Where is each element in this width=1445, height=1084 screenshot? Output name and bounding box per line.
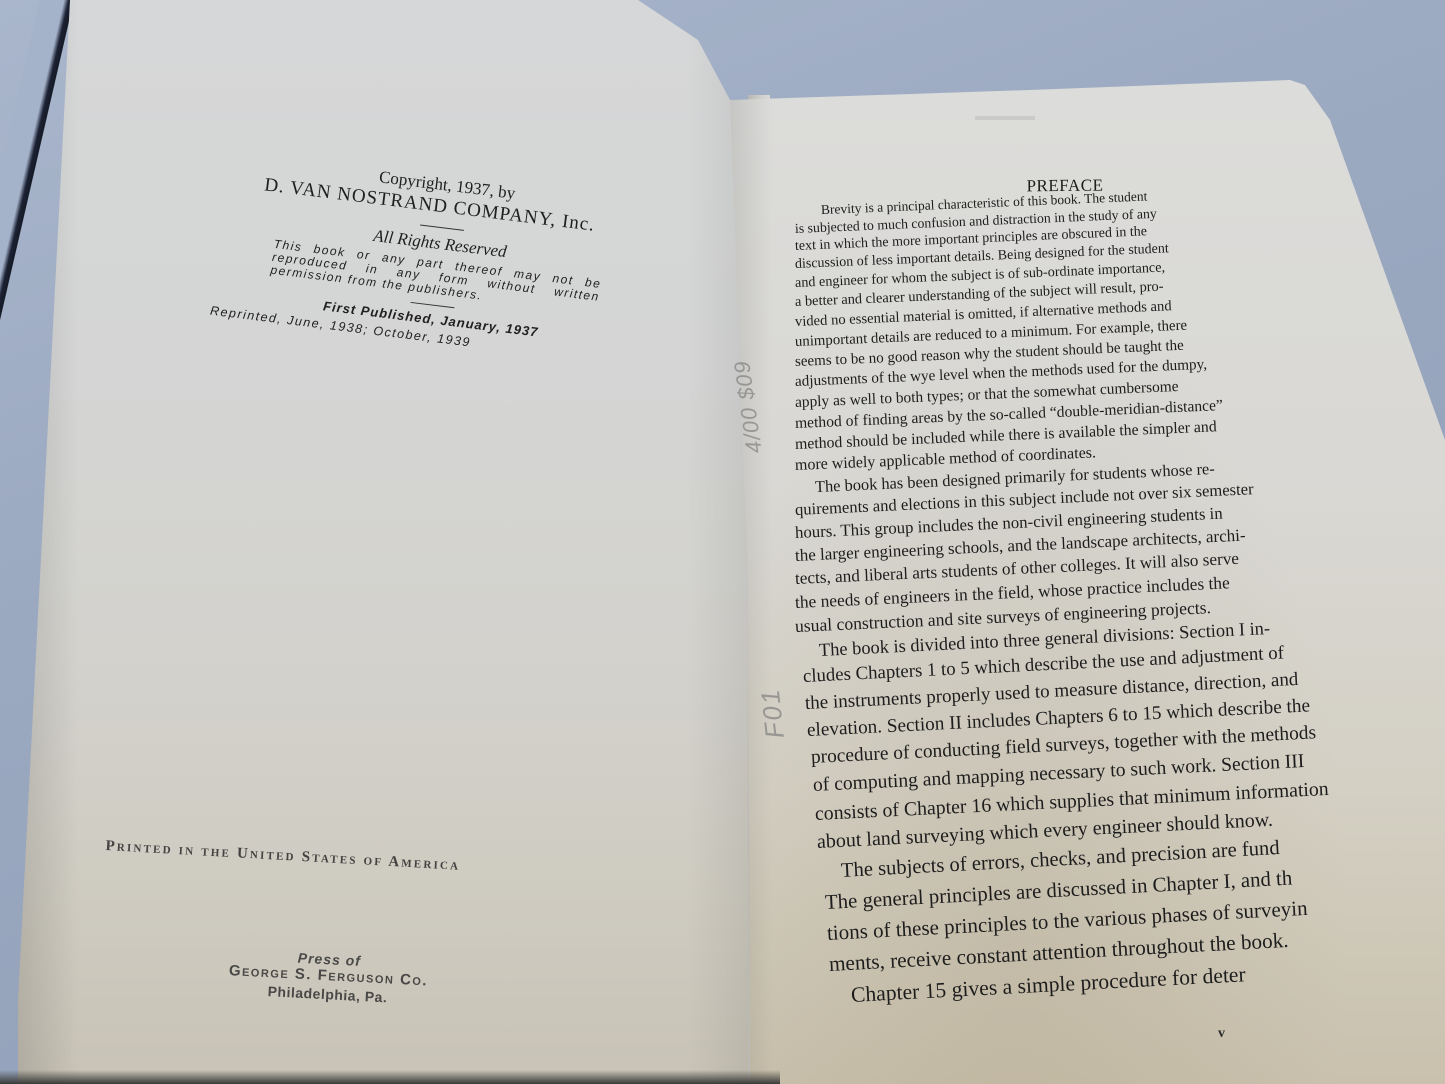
table-shadow (0, 1070, 780, 1084)
left-page (18, 0, 778, 1084)
preface-body: PREFACE Brevity is a principal character… (795, 176, 1445, 1012)
handwritten-pencil-code: F01 (755, 686, 791, 740)
preface-lines: Brevity is a principal characteristic of… (795, 202, 1445, 1012)
faded-running-head (975, 116, 1035, 120)
page-number: v (1218, 1026, 1225, 1042)
divider (420, 225, 464, 231)
divider (411, 302, 455, 308)
